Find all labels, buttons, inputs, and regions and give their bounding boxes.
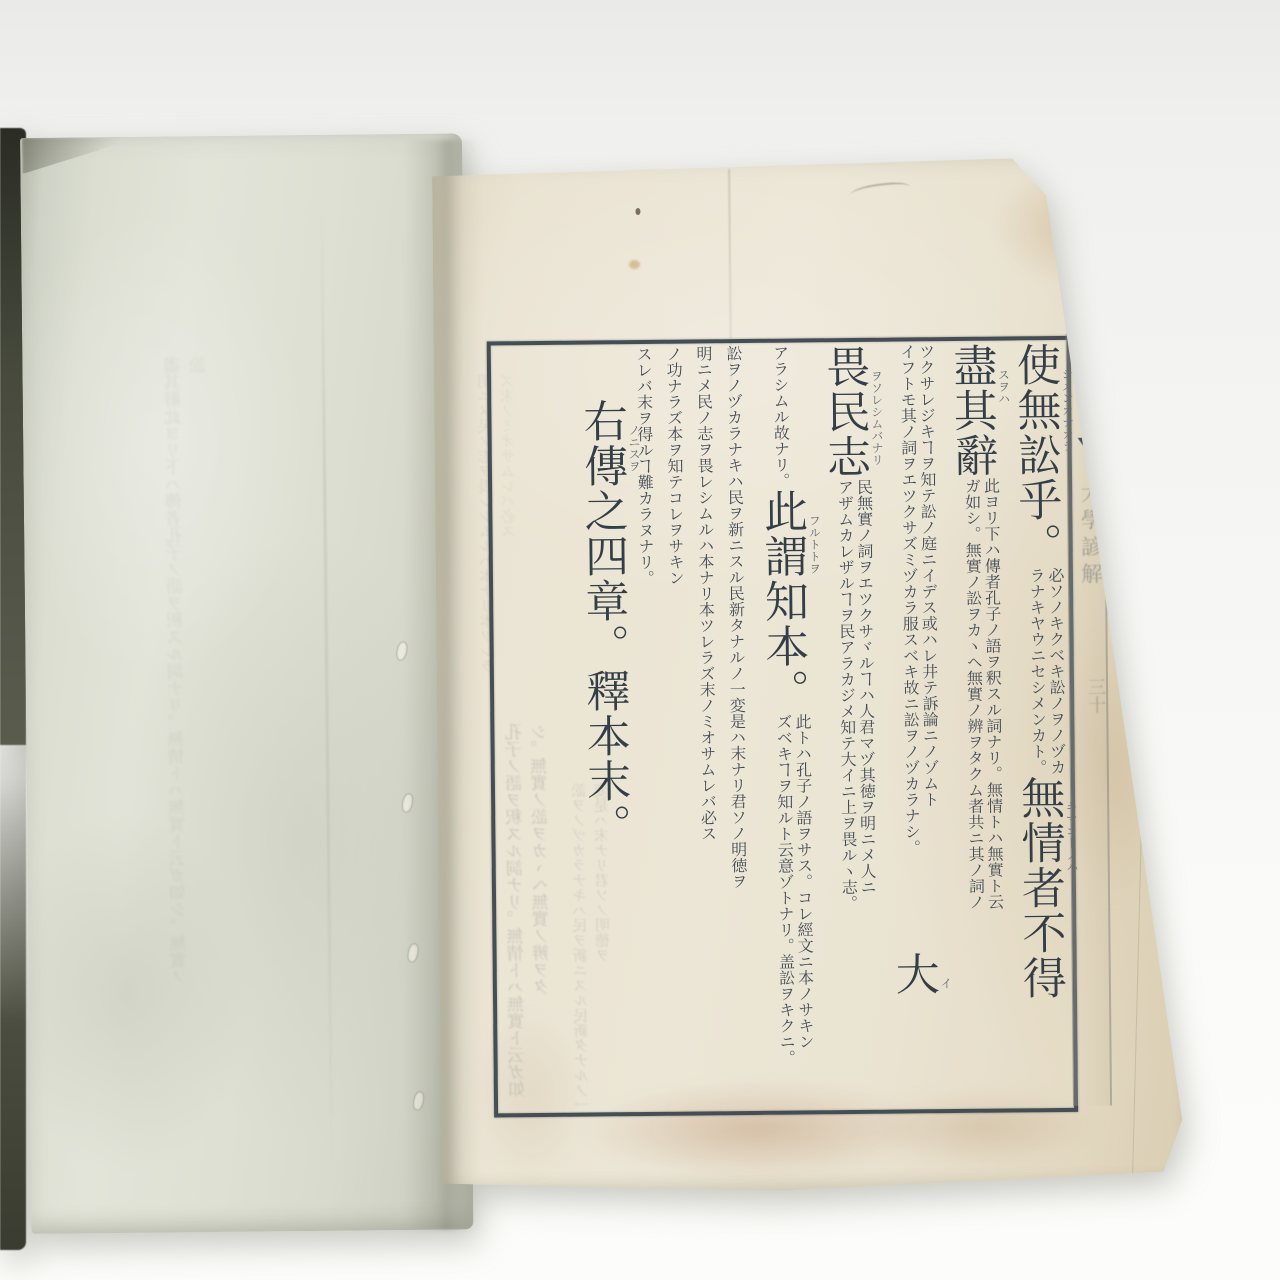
binding-stitch [407,943,419,962]
furigana: フルトトヲ [808,514,821,574]
text-column-7: 明ニメ民ノ志ヲ畏レシムルハ本ナリ本ツレラズ末ノミオサムレバ必ス [692,345,720,1095]
left-page-corner-shadow [22,137,142,174]
furigana: スヲハ [997,368,1009,404]
bleed-through-text: 盡其辭此ヨリ下ハ傳者孔子ノ語ヲ釈スル詞ナリ。無情トハ無實ト云ガ如シ。無實ノ訟 [162,356,220,996]
main-text-large: 大イ [887,951,938,996]
main-text-large: 盡其辭スヲハ [945,343,997,478]
commentary-line: 此トハ孔子ノ語ヲサス。コレ經文ニ本ノサキン [793,713,813,1065]
text-column-1: 使無訟乎。シメンカナカラ必ソノキクベキ訟ノヲノヅカラナキヤウニセシメンカト。無情… [1010,342,1068,1092]
commentary-line: アザムカレザルヿヲ民アラカジメ知テ大イニ上ヲ畏ルヽ志。 [835,479,856,911]
stain [992,159,1163,291]
main-text-run: 無情者不得 [1013,775,1066,1000]
commentary-line: アラシムル故ナリ。 [771,345,789,489]
text-column-3: ツクサレジキヿヲ知テ訟ノ庭ニイデス或ハレ井テ訴論ニノゾムトイフトモ其ノ詞ヲエツク… [883,343,941,1093]
main-text-large: 右傳之四章。釋本末。ノニスヲ [576,398,631,848]
main-text-large: 使無訟乎。シメンカナカラ [1009,342,1062,567]
right-page: 孔子ノ語ヲ釈スル詞ナリ。無情トハ無實ト云ガ如シ。無實ノ訟ヲカヽヘ無實ノ辨ヲタ 訟… [432,157,1186,1194]
left-page-crease [321,195,333,1175]
main-text-run: 右傳之四章。釋本末。 [576,398,631,848]
left-page: 盡其辭此ヨリ下ハ傳者孔子ノ語ヲ釈スル詞ナリ。無情トハ無實ト云ガ如シ。無實ノ訟 [20,133,473,1234]
commentary-block: ツクサレジキヿヲ知テ訟ノ庭ニイデス或ハレ井テ訴論ニノゾムトイフトモ其ノ詞ヲエツク… [896,343,939,855]
text-column-5: アラシムル故ナリ。此謂知本。フルトトヲ此トハ孔子ノ語ヲサス。コレ經文ニ本ノサキン… [756,344,814,1094]
folio-number: 三十 [1082,678,1108,714]
commentary-line: ガ如シ。無實ノ訟ヲカヽヘ無實ノ辨ヲタクム者共ニ其ノ詞ノ [963,478,984,910]
text-frame: 使無訟乎。シメンカナカラ必ソノキクベキ訟ノヲノヅカラナキヤウニセシメンカト。無情… [487,336,1078,1118]
commentary-line: 此ヨリ下ハ傳者孔子ノ語ヲ釈スル詞ナリ。無情トハ無實ト云 [982,478,1003,910]
commentary-block: ノ功ナラズ本ヲ知テコレヲサキン [662,346,683,586]
binding-stitch [412,1091,424,1110]
commentary-line: 必ソノキクベキ訟ノヲノヅカ [1046,567,1065,775]
leaf-edge-line [1132,277,1156,1177]
main-text-run: 大 [887,951,938,996]
commentary-block: 此ヨリ下ハ傳者孔子ノ語ヲ釈スル詞ナリ。無情トハ無實ト云ガ如シ。無實ノ訟ヲカヽヘ無… [961,478,1003,910]
text-column-6: 訟ヲノヅカラナキハ民ヲ新ニスル民新タナルノ一変是ハ末ナリ君ソノ明徳ヲ [722,345,750,1095]
commentary-block: 此トハ孔子ノ語ヲサス。コレ經文ニ本ノサキンズベキヿヲ知ルト云意ゾトナリ。盖訟ヲキ… [772,713,813,1065]
column-spacer [599,346,601,398]
fishtail-mark-icon [1078,438,1098,468]
commentary-block: 民無實ノ詞ヲエツクサヾルヿハ人君マヅ其徳ヲ明ニメ人ニアザムカレザルヿヲ民アラカジ… [833,479,875,911]
commentary-line: 明ニメ民ノ志ヲ畏レシムルハ本ナリ本ツレラズ末ノミオサムレバ必ス [694,345,716,841]
main-text-run: 此謂知本。 [756,488,809,713]
furigana: ノニスヲ [628,424,640,472]
binding-stitch [396,641,408,660]
commentary-block: アラシムル故ナリ。 [769,345,789,489]
text-column-2: 盡其辭スヲハ此ヨリ下ハ傳者孔子ノ語ヲ釈スル詞ナリ。無情トハ無實ト云ガ如シ。無實ノ… [947,343,1005,1093]
column-spacer [911,855,914,951]
hanshin-strip: 大學諺解 三十 [1066,334,1112,1106]
open-book: 盡其辭此ヨリ下ハ傳者孔子ノ語ヲ釈スル詞ナリ。無情トハ無實ト云ガ如シ。無實ノ訟 孔… [0,0,1280,1280]
main-text-run: 使無訟乎。 [1009,342,1062,567]
ink-speck [635,208,640,215]
commentary-block: 必ソノキクベキ訟ノヲノヅカラナキヤウニセシメンカト。 [1025,567,1065,775]
photo-stage: 盡其辭此ヨリ下ハ傳者孔子ノ語ヲ釈スル詞ナリ。無情トハ無實ト云ガ如シ。無實ノ訟 孔… [0,0,1280,1280]
commentary-line: ズベキヿヲ知ルト云意ゾトナリ。盖訟ヲキクニ。 [774,714,794,1066]
text-column-10: 右傳之四章。釋本末。ノニスヲ [576,346,630,1096]
text-column-4: 畏民志ヲソレシムバナリ民無實ノ詞ヲエツクサヾルヿハ人君マヅ其徳ヲ明ニメ人ニアザム… [819,344,877,1094]
text-frame-content: 使無訟乎。シメンカナカラ必ソノキクベキ訟ノヲノヅカラナキヤウニセシメンカト。無情… [497,342,1068,1111]
main-text-run: 盡其辭 [945,343,997,478]
main-text-large: 無情者不得キマコトノハ [1013,775,1066,1000]
commentary-block: 訟ヲノヅカラナキハ民ヲ新ニスル民新タナルノ一変是ハ末ナリ君ソノ明徳ヲ [722,345,746,889]
foxing-spot [629,260,640,269]
main-text-run: 畏民志 [818,344,870,479]
text-column-8: ノ功ナラズ本ヲ知テコレヲサキン [662,346,690,1096]
running-title: 大學諺解 [1075,482,1106,590]
commentary-line: イフトモ其ノ詞ヲエツクサズミヅカラ服スベキ故ニ訟ヲノヅカラナシ。 [898,343,920,855]
main-text-large: 畏民志ヲソレシムバナリ [818,344,870,479]
main-text-large: 此謂知本。フルトトヲ [756,488,809,713]
furigana: ヲソレシムバナリ [870,370,883,466]
furigana: イ [940,977,952,989]
commentary-line: 訟ヲノヅカラナキハ民ヲ新ニスル民新タナルノ一変是ハ末ナリ君ソノ明徳ヲ [724,345,746,889]
binding-stitch [401,793,413,812]
commentary-line: ラナキヤウニセシメンカト。 [1027,567,1046,775]
commentary-line: ノ功ナラズ本ヲ知テコレヲサキン [664,346,683,586]
commentary-block: 明ニメ民ノ志ヲ畏レシムルハ本ナリ本ツレラズ末ノミオサムレバ必ス [692,345,716,841]
pencil-squiggle [850,180,911,203]
